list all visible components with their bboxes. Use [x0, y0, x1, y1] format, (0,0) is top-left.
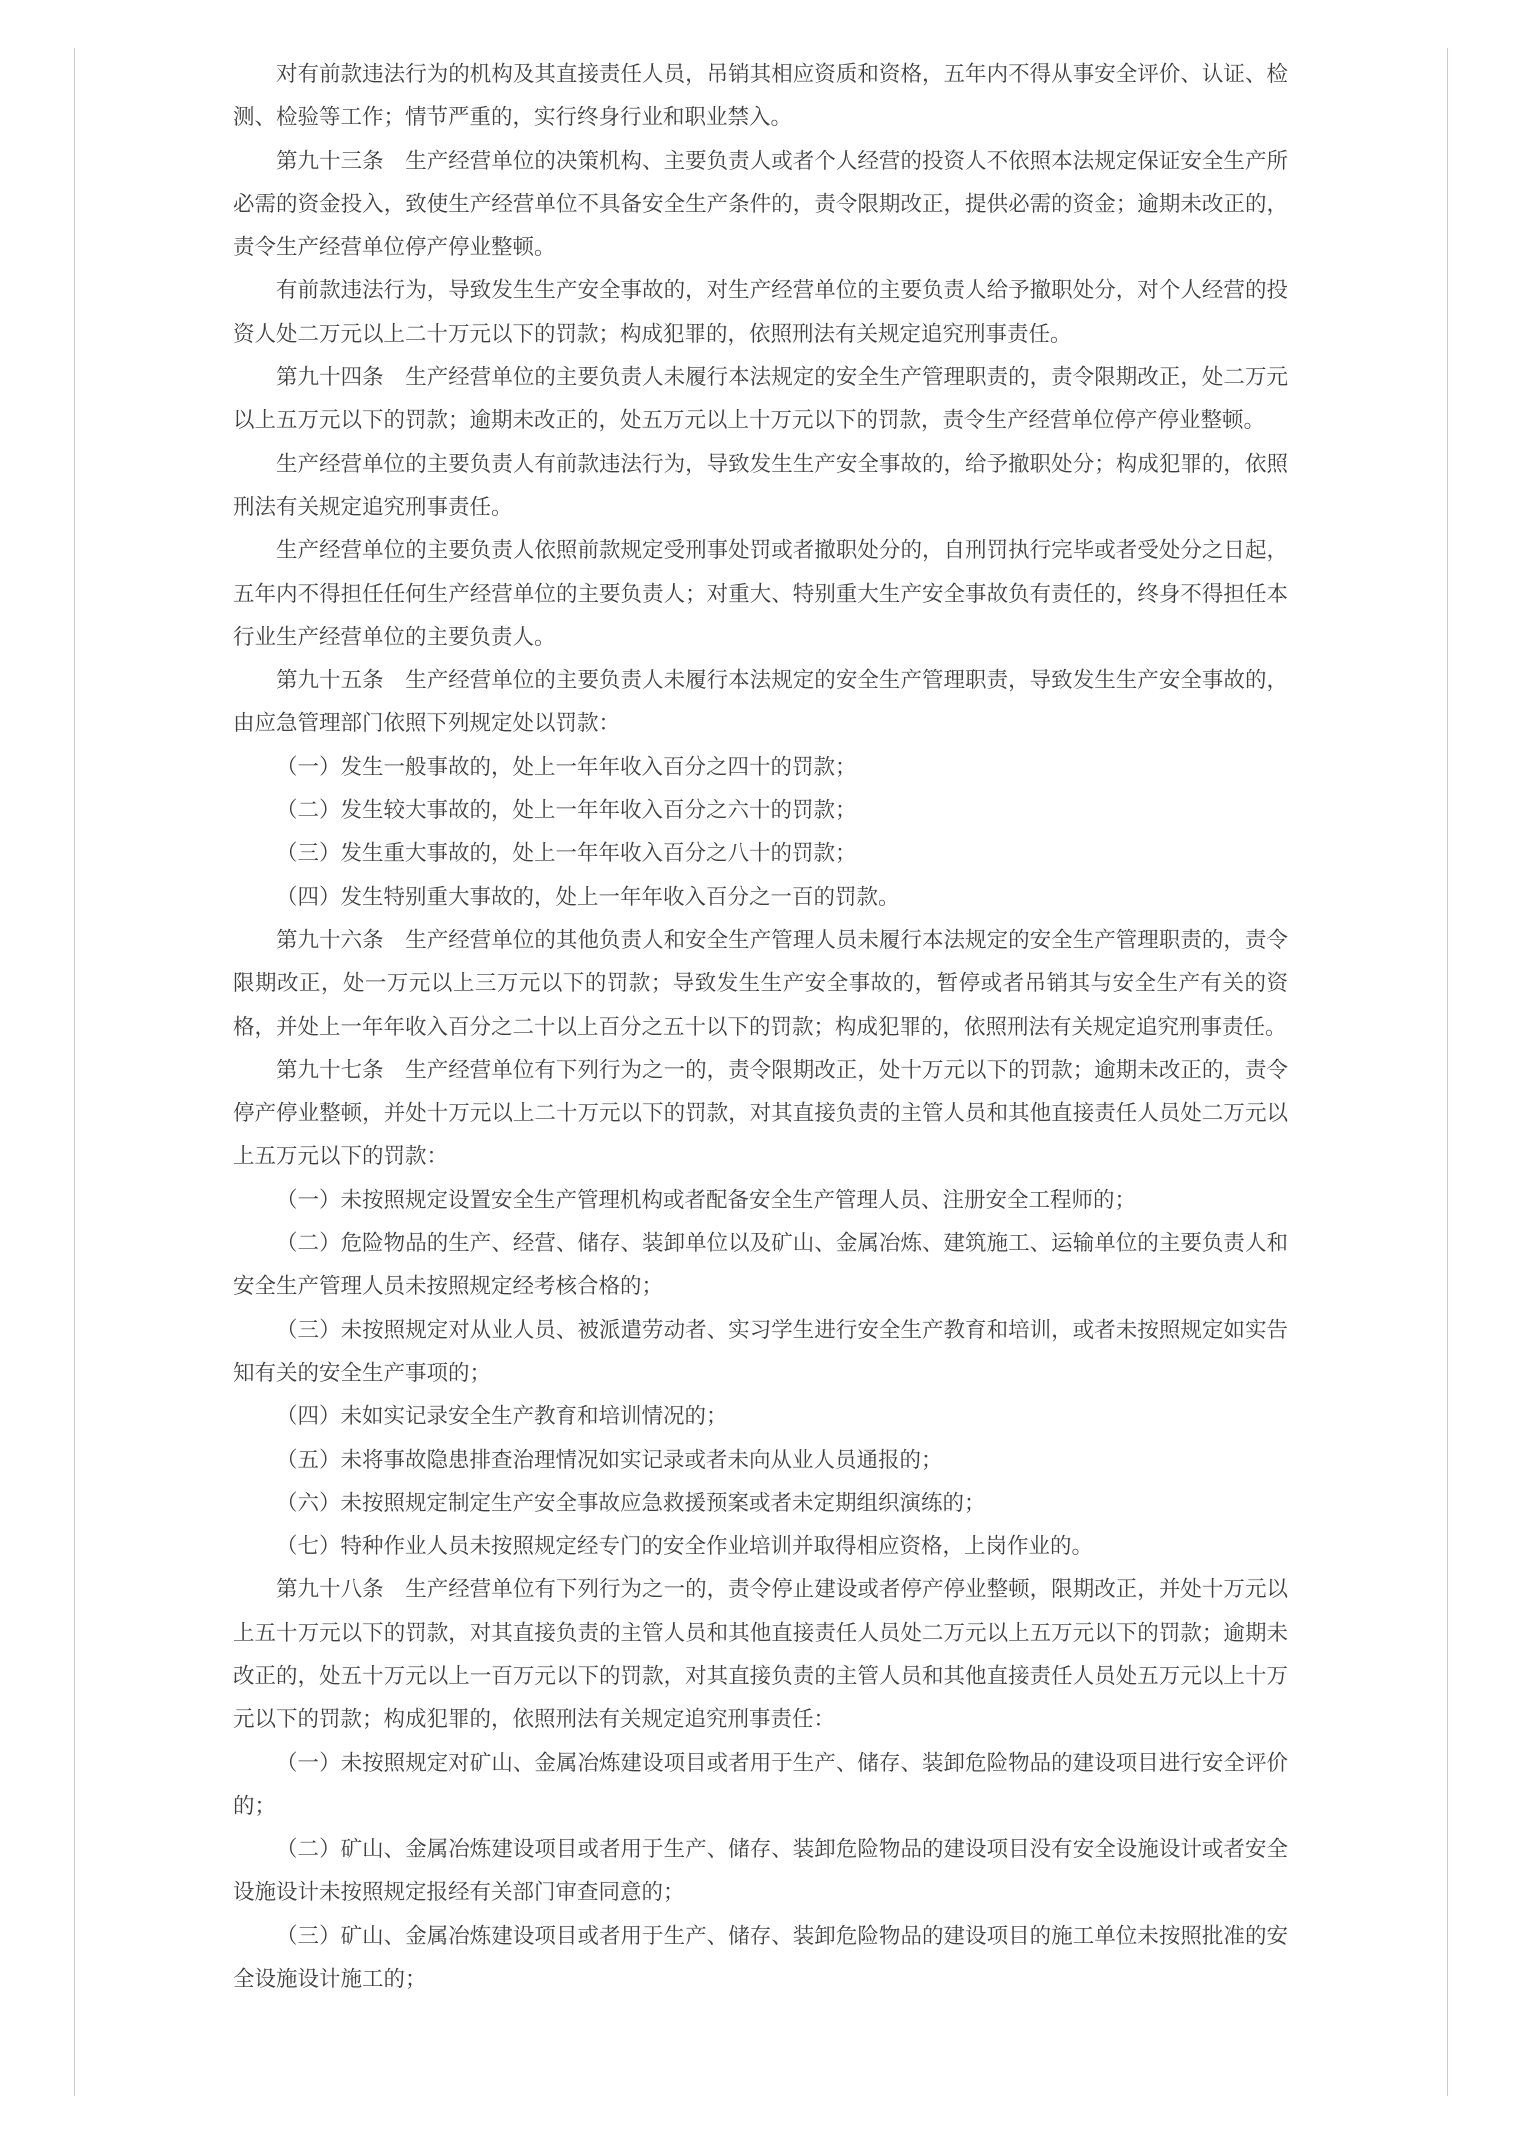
paragraph: 第九十六条 生产经营单位的其他负责人和安全生产管理人员未履行本法规定的安全生产管… — [233, 919, 1288, 1049]
paragraph: 第九十八条 生产经营单位有下列行为之一的，责令停止建设或者停产停业整顿，限期改正… — [233, 1568, 1288, 1741]
paragraph: 生产经营单位的主要负责人依照前款规定受刑事处罚或者撤职处分的，自刑罚执行完毕或者… — [233, 529, 1288, 659]
paragraph: （三）矿山、金属冶炼建设项目或者用于生产、储存、装卸危险物品的建设项目的施工单位… — [233, 1915, 1288, 2002]
paragraph: 第九十五条 生产经营单位的主要负责人未履行本法规定的安全生产管理职责，导致发生生… — [233, 659, 1288, 746]
paragraph: 生产经营单位的主要负责人有前款违法行为，导致发生生产安全事故的，给予撤职处分；构… — [233, 443, 1288, 530]
paragraph: （二）矿山、金属冶炼建设项目或者用于生产、储存、装卸危险物品的建设项目没有安全设… — [233, 1828, 1288, 1915]
paragraph: （四）发生特别重大事故的，处上一年年收入百分之一百的罚款。 — [233, 876, 1288, 919]
paragraph: （四）未如实记录安全生产教育和培训情况的； — [233, 1395, 1288, 1438]
paragraph: （六）未按照规定制定生产安全事故应急救援预案或者未定期组织演练的； — [233, 1482, 1288, 1525]
paragraph: （二）危险物品的生产、经营、储存、装卸单位以及矿山、金属冶炼、建筑施工、运输单位… — [233, 1222, 1288, 1309]
paragraph: 第九十四条 生产经营单位的主要负责人未履行本法规定的安全生产管理职责的，责令限期… — [233, 356, 1288, 443]
paragraph: （一）未按照规定对矿山、金属冶炼建设项目或者用于生产、储存、装卸危险物品的建设项… — [233, 1742, 1288, 1829]
paragraph: （一）发生一般事故的，处上一年年收入百分之四十的罚款； — [233, 746, 1288, 789]
paragraph: 对有前款违法行为的机构及其直接责任人员，吊销其相应资质和资格，五年内不得从事安全… — [233, 53, 1288, 140]
paragraph: （五）未将事故隐患排查治理情况如实记录或者未向从业人员通报的； — [233, 1439, 1288, 1482]
paragraph: （二）发生较大事故的，处上一年年收入百分之六十的罚款； — [233, 789, 1288, 832]
document-page: 对有前款违法行为的机构及其直接责任人员，吊销其相应资质和资格，五年内不得从事安全… — [74, 48, 1448, 2096]
paragraph: 第九十七条 生产经营单位有下列行为之一的，责令限期改正，处十万元以下的罚款；逾期… — [233, 1049, 1288, 1179]
paragraph: （七）特种作业人员未按照规定经专门的安全作业培训并取得相应资格，上岗作业的。 — [233, 1525, 1288, 1568]
paragraph: 有前款违法行为，导致发生生产安全事故的，对生产经营单位的主要负责人给予撤职处分，… — [233, 269, 1288, 356]
paragraph: 第九十三条 生产经营单位的决策机构、主要负责人或者个人经营的投资人不依照本法规定… — [233, 140, 1288, 270]
paragraph: （三）发生重大事故的，处上一年年收入百分之八十的罚款； — [233, 832, 1288, 875]
paragraph: （三）未按照规定对从业人员、被派遣劳动者、实习学生进行安全生产教育和培训，或者未… — [233, 1309, 1288, 1396]
paragraph: （一）未按照规定设置安全生产管理机构或者配备安全生产管理人员、注册安全工程师的； — [233, 1179, 1288, 1222]
document-body: 对有前款违法行为的机构及其直接责任人员，吊销其相应资质和资格，五年内不得从事安全… — [75, 48, 1447, 2001]
